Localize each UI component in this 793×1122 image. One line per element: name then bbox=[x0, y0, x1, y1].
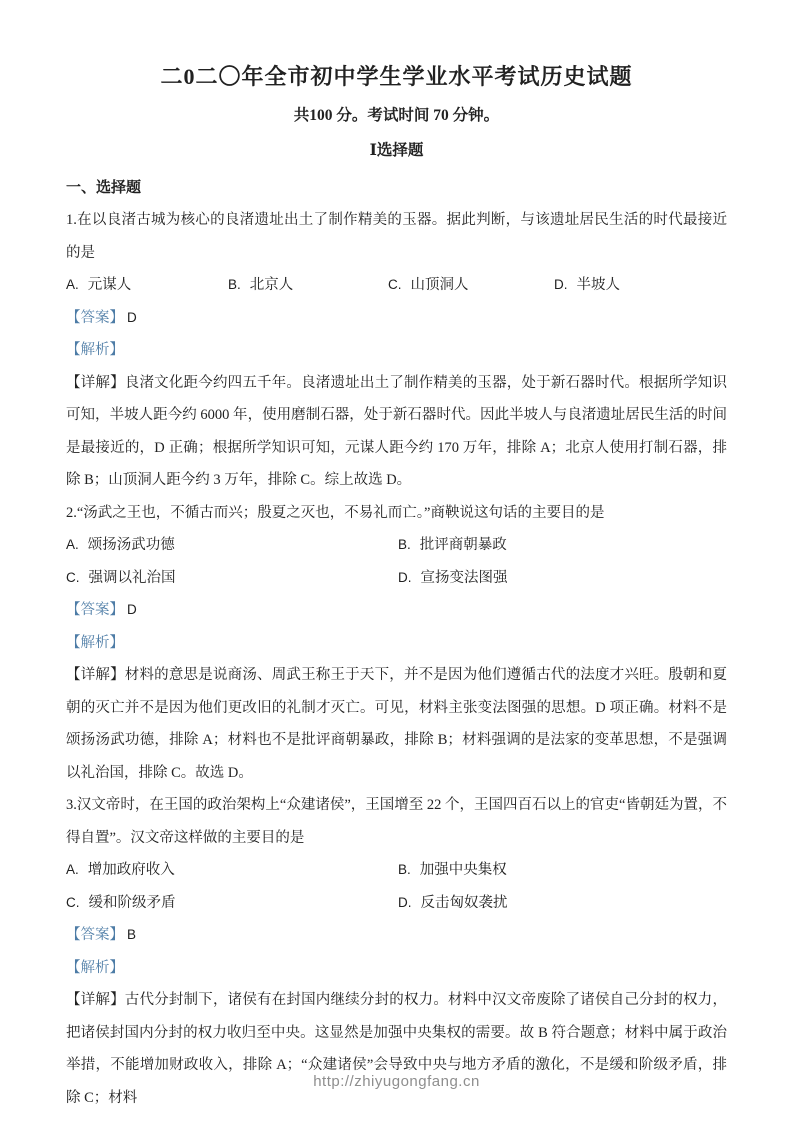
answer-line: 【答案】D bbox=[66, 302, 727, 335]
option-d: D.反击匈奴袭扰 bbox=[398, 887, 727, 920]
analysis-label: 【解析】 bbox=[66, 342, 124, 358]
option-text: 批评商朝暴政 bbox=[420, 537, 507, 553]
option-letter: D. bbox=[398, 895, 412, 910]
option-b: B.批评商朝暴政 bbox=[398, 529, 727, 562]
detail-paragraph: 【详解】材料的意思是说商汤、周武王称王于天下，并不是因为他们遵循古代的法度才兴旺… bbox=[66, 659, 727, 789]
option-a: A.颂扬汤武功德 bbox=[66, 529, 398, 562]
document-content: 二0二〇年全市初中学生学业水平考试历史试题 共100 分。考试时间 70 分钟。… bbox=[66, 0, 727, 1114]
analysis-line: 【解析】 bbox=[66, 952, 727, 985]
option-a: A.增加政府收入 bbox=[66, 854, 398, 887]
detail-paragraph: 【详解】古代分封制下，诸侯有在封国内继续分封的权力。材料中汉文帝废除了诸侯自己分… bbox=[66, 984, 727, 1114]
answer-value: D bbox=[127, 602, 137, 617]
detail-label: 【详解】 bbox=[66, 375, 125, 391]
analysis-line: 【解析】 bbox=[66, 627, 727, 660]
option-text: 增加政府收入 bbox=[88, 862, 175, 878]
analysis-label: 【解析】 bbox=[66, 635, 124, 651]
option-d: D.宣扬变法图强 bbox=[398, 562, 727, 595]
options-grid: A.增加政府收入 B.加强中央集权 C.缓和阶级矛盾 D.反击匈奴袭扰 bbox=[66, 854, 727, 919]
option-b: B.加强中央集权 bbox=[398, 854, 727, 887]
analysis-line: 【解析】 bbox=[66, 334, 727, 367]
answer-line: 【答案】B bbox=[66, 919, 727, 952]
question-text: 2.“汤武之王也，不循古而兴；殷夏之灭也，不易礼而亡。”商鞅说这句话的主要目的是 bbox=[66, 497, 727, 530]
answer-value: D bbox=[127, 310, 137, 325]
question-2: 2.“汤武之王也，不循古而兴；殷夏之灭也，不易礼而亡。”商鞅说这句话的主要目的是… bbox=[66, 497, 727, 790]
question-text: 1.在以良渚古城为核心的良渚遗址出土了制作精美的玉器。据此判断，与该遗址居民生活… bbox=[66, 204, 727, 269]
section-heading: Ⅰ选择题 bbox=[66, 138, 727, 164]
option-text: 宣扬变法图强 bbox=[421, 570, 508, 586]
analysis-label: 【解析】 bbox=[66, 960, 124, 976]
option-a: A.元谋人 bbox=[66, 269, 228, 302]
detail-text: 材料的意思是说商汤、周武王称王于天下，并不是因为他们遵循古代的法度才兴旺。殷朝和… bbox=[66, 667, 727, 781]
option-text: 山顶洞人 bbox=[411, 277, 469, 293]
option-letter: D. bbox=[398, 570, 412, 585]
page-title: 二0二〇年全市初中学生学业水平考试历史试题 bbox=[66, 62, 727, 92]
document-page: 二0二〇年全市初中学生学业水平考试历史试题 共100 分。考试时间 70 分钟。… bbox=[0, 0, 793, 1122]
option-b: B.北京人 bbox=[228, 269, 388, 302]
detail-label: 【详解】 bbox=[66, 667, 125, 683]
option-letter: D. bbox=[554, 277, 568, 292]
detail-text: 良渚文化距今约四五千年。良渚遗址出土了制作精美的玉器，处于新石器时代。根据所学知… bbox=[66, 375, 727, 489]
option-c: C.缓和阶级矛盾 bbox=[66, 887, 398, 920]
option-text: 缓和阶级矛盾 bbox=[89, 895, 176, 911]
option-text: 反击匈奴袭扰 bbox=[421, 895, 508, 911]
option-letter: B. bbox=[398, 862, 411, 877]
question-text: 3.汉文帝时，在王国的政治架构上“众建诸侯”，王国增至 22 个，王国四百石以上… bbox=[66, 789, 727, 854]
option-text: 元谋人 bbox=[88, 277, 132, 293]
exam-meta: 共100 分。考试时间 70 分钟。 bbox=[66, 103, 727, 129]
option-c: C.山顶洞人 bbox=[388, 269, 554, 302]
answer-label: 【答案】 bbox=[66, 310, 124, 326]
detail-label: 【详解】 bbox=[66, 992, 125, 1008]
detail-paragraph: 【详解】良渚文化距今约四五千年。良渚遗址出土了制作精美的玉器，处于新石器时代。根… bbox=[66, 367, 727, 497]
subsection-heading: 一、选择题 bbox=[66, 175, 727, 201]
option-letter: B. bbox=[398, 537, 411, 552]
option-letter: A. bbox=[66, 862, 79, 877]
answer-line: 【答案】D bbox=[66, 594, 727, 627]
options-grid: A.颂扬汤武功德 B.批评商朝暴政 C.强调以礼治国 D.宣扬变法图强 bbox=[66, 529, 727, 594]
option-text: 颂扬汤武功德 bbox=[88, 537, 175, 553]
answer-label: 【答案】 bbox=[66, 927, 124, 943]
option-c: C.强调以礼治国 bbox=[66, 562, 398, 595]
option-letter: C. bbox=[388, 277, 402, 292]
option-d: D.半坡人 bbox=[554, 269, 727, 302]
question-3: 3.汉文帝时，在王国的政治架构上“众建诸侯”，王国增至 22 个，王国四百石以上… bbox=[66, 789, 727, 1114]
questions-body: 1.在以良渚古城为核心的良渚遗址出土了制作精美的玉器。据此判断，与该遗址居民生活… bbox=[66, 204, 727, 1114]
footer-url: http://zhiyugongfang.cn bbox=[0, 1073, 793, 1090]
option-text: 强调以礼治国 bbox=[89, 570, 176, 586]
option-text: 半坡人 bbox=[577, 277, 621, 293]
option-letter: C. bbox=[66, 570, 80, 585]
option-text: 北京人 bbox=[250, 277, 294, 293]
option-letter: A. bbox=[66, 537, 79, 552]
options-row: A.元谋人 B.北京人 C.山顶洞人 D.半坡人 bbox=[66, 269, 727, 302]
option-letter: A. bbox=[66, 277, 79, 292]
option-text: 加强中央集权 bbox=[420, 862, 507, 878]
question-1: 1.在以良渚古城为核心的良渚遗址出土了制作精美的玉器。据此判断，与该遗址居民生活… bbox=[66, 204, 727, 497]
answer-value: B bbox=[127, 927, 136, 942]
answer-label: 【答案】 bbox=[66, 602, 124, 618]
option-letter: C. bbox=[66, 895, 80, 910]
option-letter: B. bbox=[228, 277, 241, 292]
